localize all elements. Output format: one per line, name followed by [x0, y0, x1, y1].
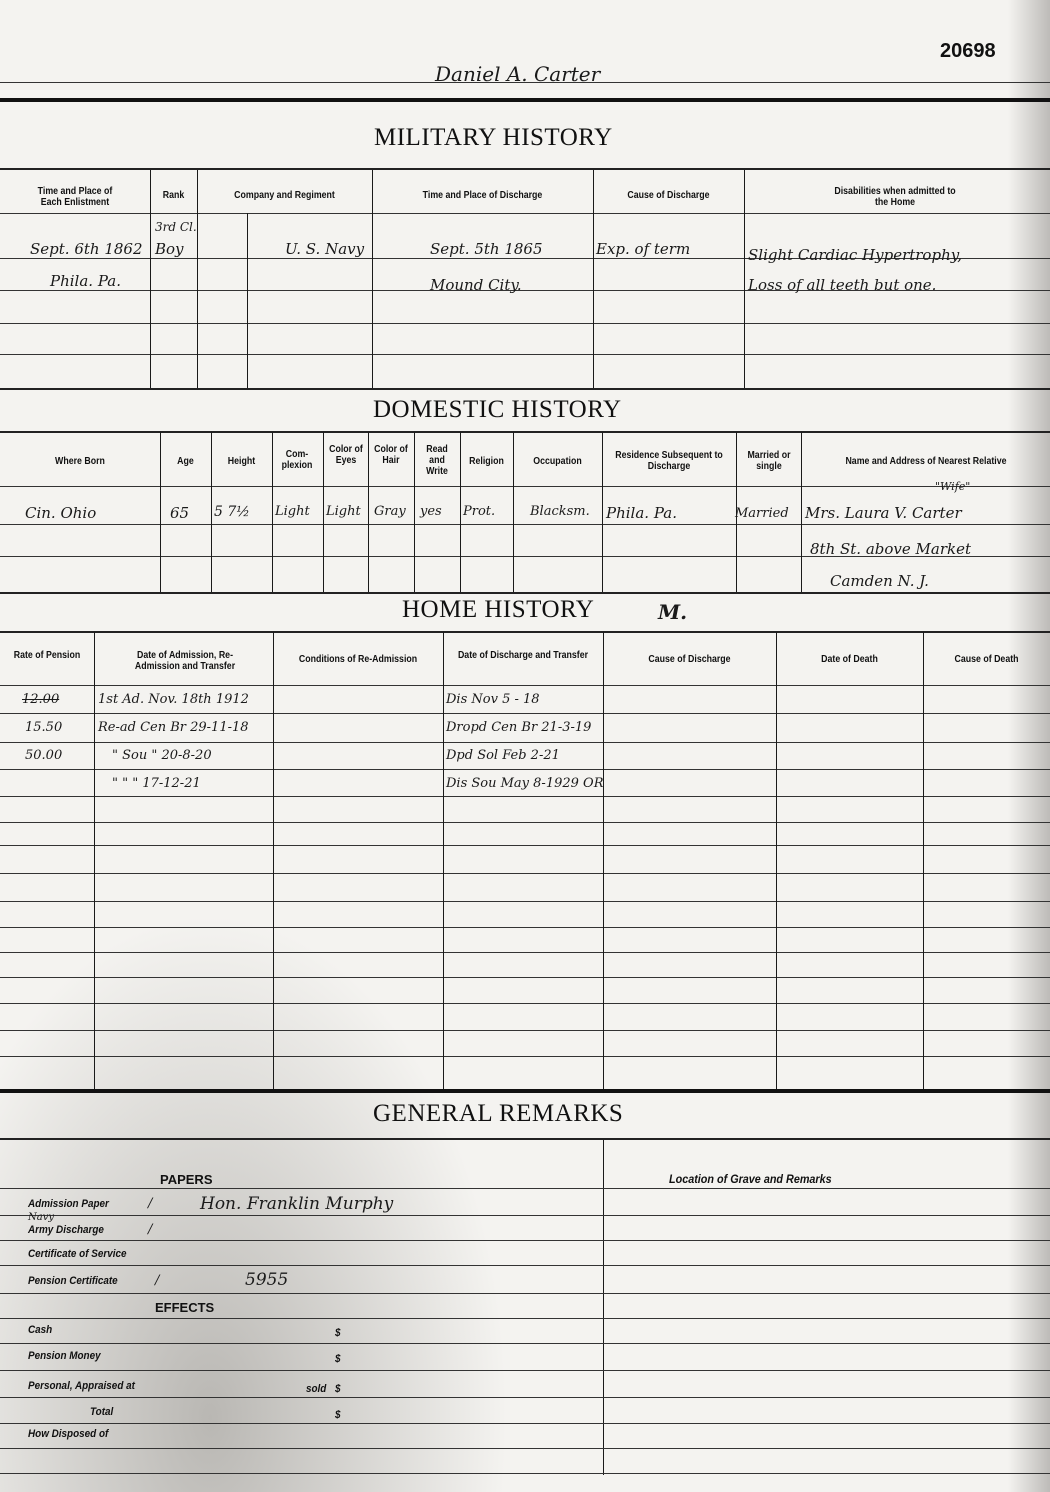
header-where-born: Where Born [10, 456, 151, 467]
home-top-rule [0, 631, 1050, 633]
admission-4: " " " 17-12-21 [112, 776, 201, 791]
col-divider [602, 432, 603, 592]
discharge-3: Dpd Sol Feb 2-21 [446, 748, 560, 763]
header-disabilities: Disabilities when admitted to the Home [829, 186, 961, 208]
navy-correction: Navy [28, 1212, 54, 1223]
age: 65 [170, 504, 189, 522]
rule [0, 1293, 1050, 1294]
total-label: Total [90, 1406, 113, 1418]
total-currency: $ [335, 1409, 341, 1421]
sold-label: sold [306, 1383, 326, 1395]
rule [0, 685, 1050, 686]
hair-color: Gray [374, 504, 406, 519]
discharge-place: Mound City. [430, 276, 522, 294]
rule [0, 796, 1050, 797]
col-divider [272, 432, 273, 592]
rule [0, 213, 1050, 214]
col-divider [776, 632, 777, 1089]
how-disposed-label: How Disposed of [28, 1428, 108, 1440]
col-divider [460, 432, 461, 592]
rule [0, 927, 1050, 928]
col-divider [160, 432, 161, 592]
domestic-top-rule [0, 431, 1050, 433]
header-discharge-cause: Cause of Discharge [602, 190, 735, 201]
domestic-bottom-rule [0, 592, 1050, 594]
rank-boy: Boy [155, 240, 184, 258]
military-history-title: MILITARY HISTORY [374, 124, 613, 152]
papers-heading: PAPERS [160, 1172, 213, 1187]
disabilities-line1: Slight Cardiac Hypertrophy, [748, 246, 962, 264]
pension-certificate-number: 5955 [245, 1270, 288, 1290]
where-born: Cin. Ohio [25, 504, 96, 522]
header-complexion: Com-plexion [277, 449, 317, 471]
army-discharge-count: / [148, 1222, 152, 1237]
rule [0, 1265, 1050, 1266]
army-discharge-label: Army Discharge [28, 1224, 104, 1236]
col-divider [801, 432, 802, 592]
header-death-date: Date of Death [785, 654, 914, 665]
rule [0, 524, 1050, 525]
header-married: Married or single [742, 450, 797, 472]
rule [0, 977, 1050, 978]
header-admission-date: Date of Admission, Re-Admission and Tran… [119, 650, 251, 672]
rule [0, 873, 1050, 874]
header-rank: Rank [153, 190, 194, 201]
col-divider [273, 632, 274, 1089]
rule [0, 1397, 1050, 1398]
rule [0, 354, 1050, 355]
header-occupation: Occupation [518, 456, 596, 467]
rule [0, 1030, 1050, 1031]
header-nearest-relative: Name and Address of Nearest Relative [820, 456, 1031, 467]
rule [0, 822, 1050, 823]
rule [0, 1056, 1050, 1057]
occupation: Blacksm. [530, 504, 590, 519]
col-divider [247, 213, 248, 388]
col-divider [923, 632, 924, 1089]
home-history-title: HOME HISTORY [402, 596, 594, 624]
personal-currency: $ [335, 1383, 341, 1395]
header-home-discharge-cause: Cause of Discharge [613, 654, 765, 665]
company-regiment: U. S. Navy [285, 240, 364, 258]
discharge-2: Dropd Cen Br 21-3-19 [446, 720, 591, 735]
discharge-4: Dis Sou May 8-1929 OR [446, 776, 604, 791]
rule [0, 486, 1050, 487]
relative-city: Camden N. J. [830, 572, 929, 590]
header-age: Age [163, 456, 208, 467]
col-divider [150, 170, 151, 388]
rule [0, 769, 1050, 770]
header-pension-rate: Rate of Pension [6, 650, 89, 661]
religion: Prot. [463, 504, 495, 519]
residence: Phila. Pa. [606, 504, 677, 522]
effects-heading: EFFECTS [155, 1300, 214, 1315]
home-bottom-rule [0, 1089, 1050, 1093]
remarks-divider [603, 1140, 604, 1475]
military-bottom-rule [0, 388, 1050, 390]
relative-name: Mrs. Laura V. Carter [805, 504, 962, 522]
relative-address: 8th St. above Market [810, 540, 971, 558]
grave-location-heading: Location of Grave and Remarks [669, 1172, 832, 1186]
rule [0, 1318, 1050, 1319]
pension-certificate-label: Pension Certificate [28, 1275, 118, 1287]
col-divider [211, 432, 212, 592]
col-divider [368, 432, 369, 592]
pension-money-label: Pension Money [28, 1350, 101, 1362]
rule [0, 1343, 1050, 1344]
pension-certificate-count: / [155, 1273, 159, 1288]
discharge-cause: Exp. of term [596, 240, 690, 258]
col-divider [593, 170, 594, 388]
discharge-date: Sept. 5th 1865 [430, 240, 543, 258]
header-enlistment: Time and Place of Each Enlistment [27, 186, 124, 208]
header-eyes: Color of Eyes [328, 444, 363, 466]
rule [0, 952, 1050, 953]
home-history-annotation: M. [658, 600, 687, 624]
admission-paper-label: Admission Paper [28, 1198, 109, 1210]
marital-status: Married [735, 506, 789, 521]
pension-rate-2: 15.50 [25, 720, 62, 735]
certificate-of-service-label: Certificate of Service [28, 1248, 126, 1260]
cash-currency: $ [335, 1327, 341, 1339]
rule [0, 1240, 1050, 1241]
pension-money-currency: $ [335, 1353, 341, 1365]
disabilities-line2: Loss of all teeth but one. [748, 276, 936, 294]
record-number: 20698 [940, 40, 996, 63]
rule [0, 1473, 1050, 1474]
rule [0, 1423, 1050, 1424]
rule [0, 1370, 1050, 1371]
col-divider [197, 170, 198, 388]
col-divider [414, 432, 415, 592]
header-read-write: Read and Write [420, 444, 453, 477]
enlistment-place: Phila. Pa. [50, 272, 121, 290]
enlistment-date: Sept. 6th 1862 [30, 240, 143, 258]
complexion: Light [275, 504, 310, 519]
rule [0, 1003, 1050, 1004]
header-residence: Residence Subsequent to Discharge [614, 450, 725, 472]
header-discharge-date: Date of Discharge and Transfer [453, 650, 594, 661]
personal-appraised-label: Personal, Appraised at [28, 1380, 135, 1392]
rule [0, 1215, 1050, 1216]
rule [0, 1188, 1050, 1189]
admission-2: Re-ad Cen Br 29-11-18 [98, 720, 249, 735]
admission-3: " Sou " 20-8-20 [112, 748, 212, 763]
rule [0, 845, 1050, 846]
header-height: Height [215, 456, 269, 467]
rule [0, 1448, 1050, 1449]
col-divider [94, 632, 95, 1089]
height: 5 7½ [214, 504, 250, 520]
col-divider [372, 170, 373, 388]
rule [0, 742, 1050, 743]
pension-rate-3: 50.00 [25, 748, 62, 763]
pension-rate-1: 12.00 [22, 692, 59, 707]
col-divider [443, 632, 444, 1089]
col-divider [323, 432, 324, 592]
military-top-rule [0, 168, 1050, 170]
admission-paper-sponsor: Hon. Franklin Murphy [200, 1194, 393, 1214]
rule [0, 713, 1050, 714]
header-death-cause: Cause of Death [931, 654, 1043, 665]
header-readmission-conditions: Conditions of Re-Admission [283, 654, 433, 665]
header-discharge-time: Time and Place of Discharge [385, 190, 579, 201]
header-religion: Religion [463, 456, 510, 467]
general-remarks-title: GENERAL REMARKS [373, 1100, 623, 1128]
admission-paper-count: / [148, 1196, 152, 1211]
eye-color: Light [326, 504, 361, 519]
header-divider [0, 98, 1050, 102]
col-divider [744, 170, 745, 388]
header-hair: Color of Hair [373, 444, 408, 466]
remarks-top-rule [0, 1138, 1050, 1140]
admission-1: 1st Ad. Nov. 18th 1912 [98, 692, 249, 707]
col-divider [513, 432, 514, 592]
domestic-history-title: DOMESTIC HISTORY [373, 396, 622, 424]
rule [0, 901, 1050, 902]
name-rule [0, 82, 1050, 83]
rule [0, 323, 1050, 324]
col-divider [603, 632, 604, 1089]
relative-relationship: "Wife" [935, 480, 970, 493]
record-page: 20698 Daniel A. Carter MILITARY HISTORY … [0, 0, 1050, 1492]
read-write: yes [420, 504, 442, 519]
discharge-1: Dis Nov 5 - 18 [446, 692, 540, 707]
header-company: Company and Regiment [208, 190, 362, 201]
cash-label: Cash [28, 1324, 52, 1336]
rank-class: 3rd Cl. [155, 220, 197, 234]
